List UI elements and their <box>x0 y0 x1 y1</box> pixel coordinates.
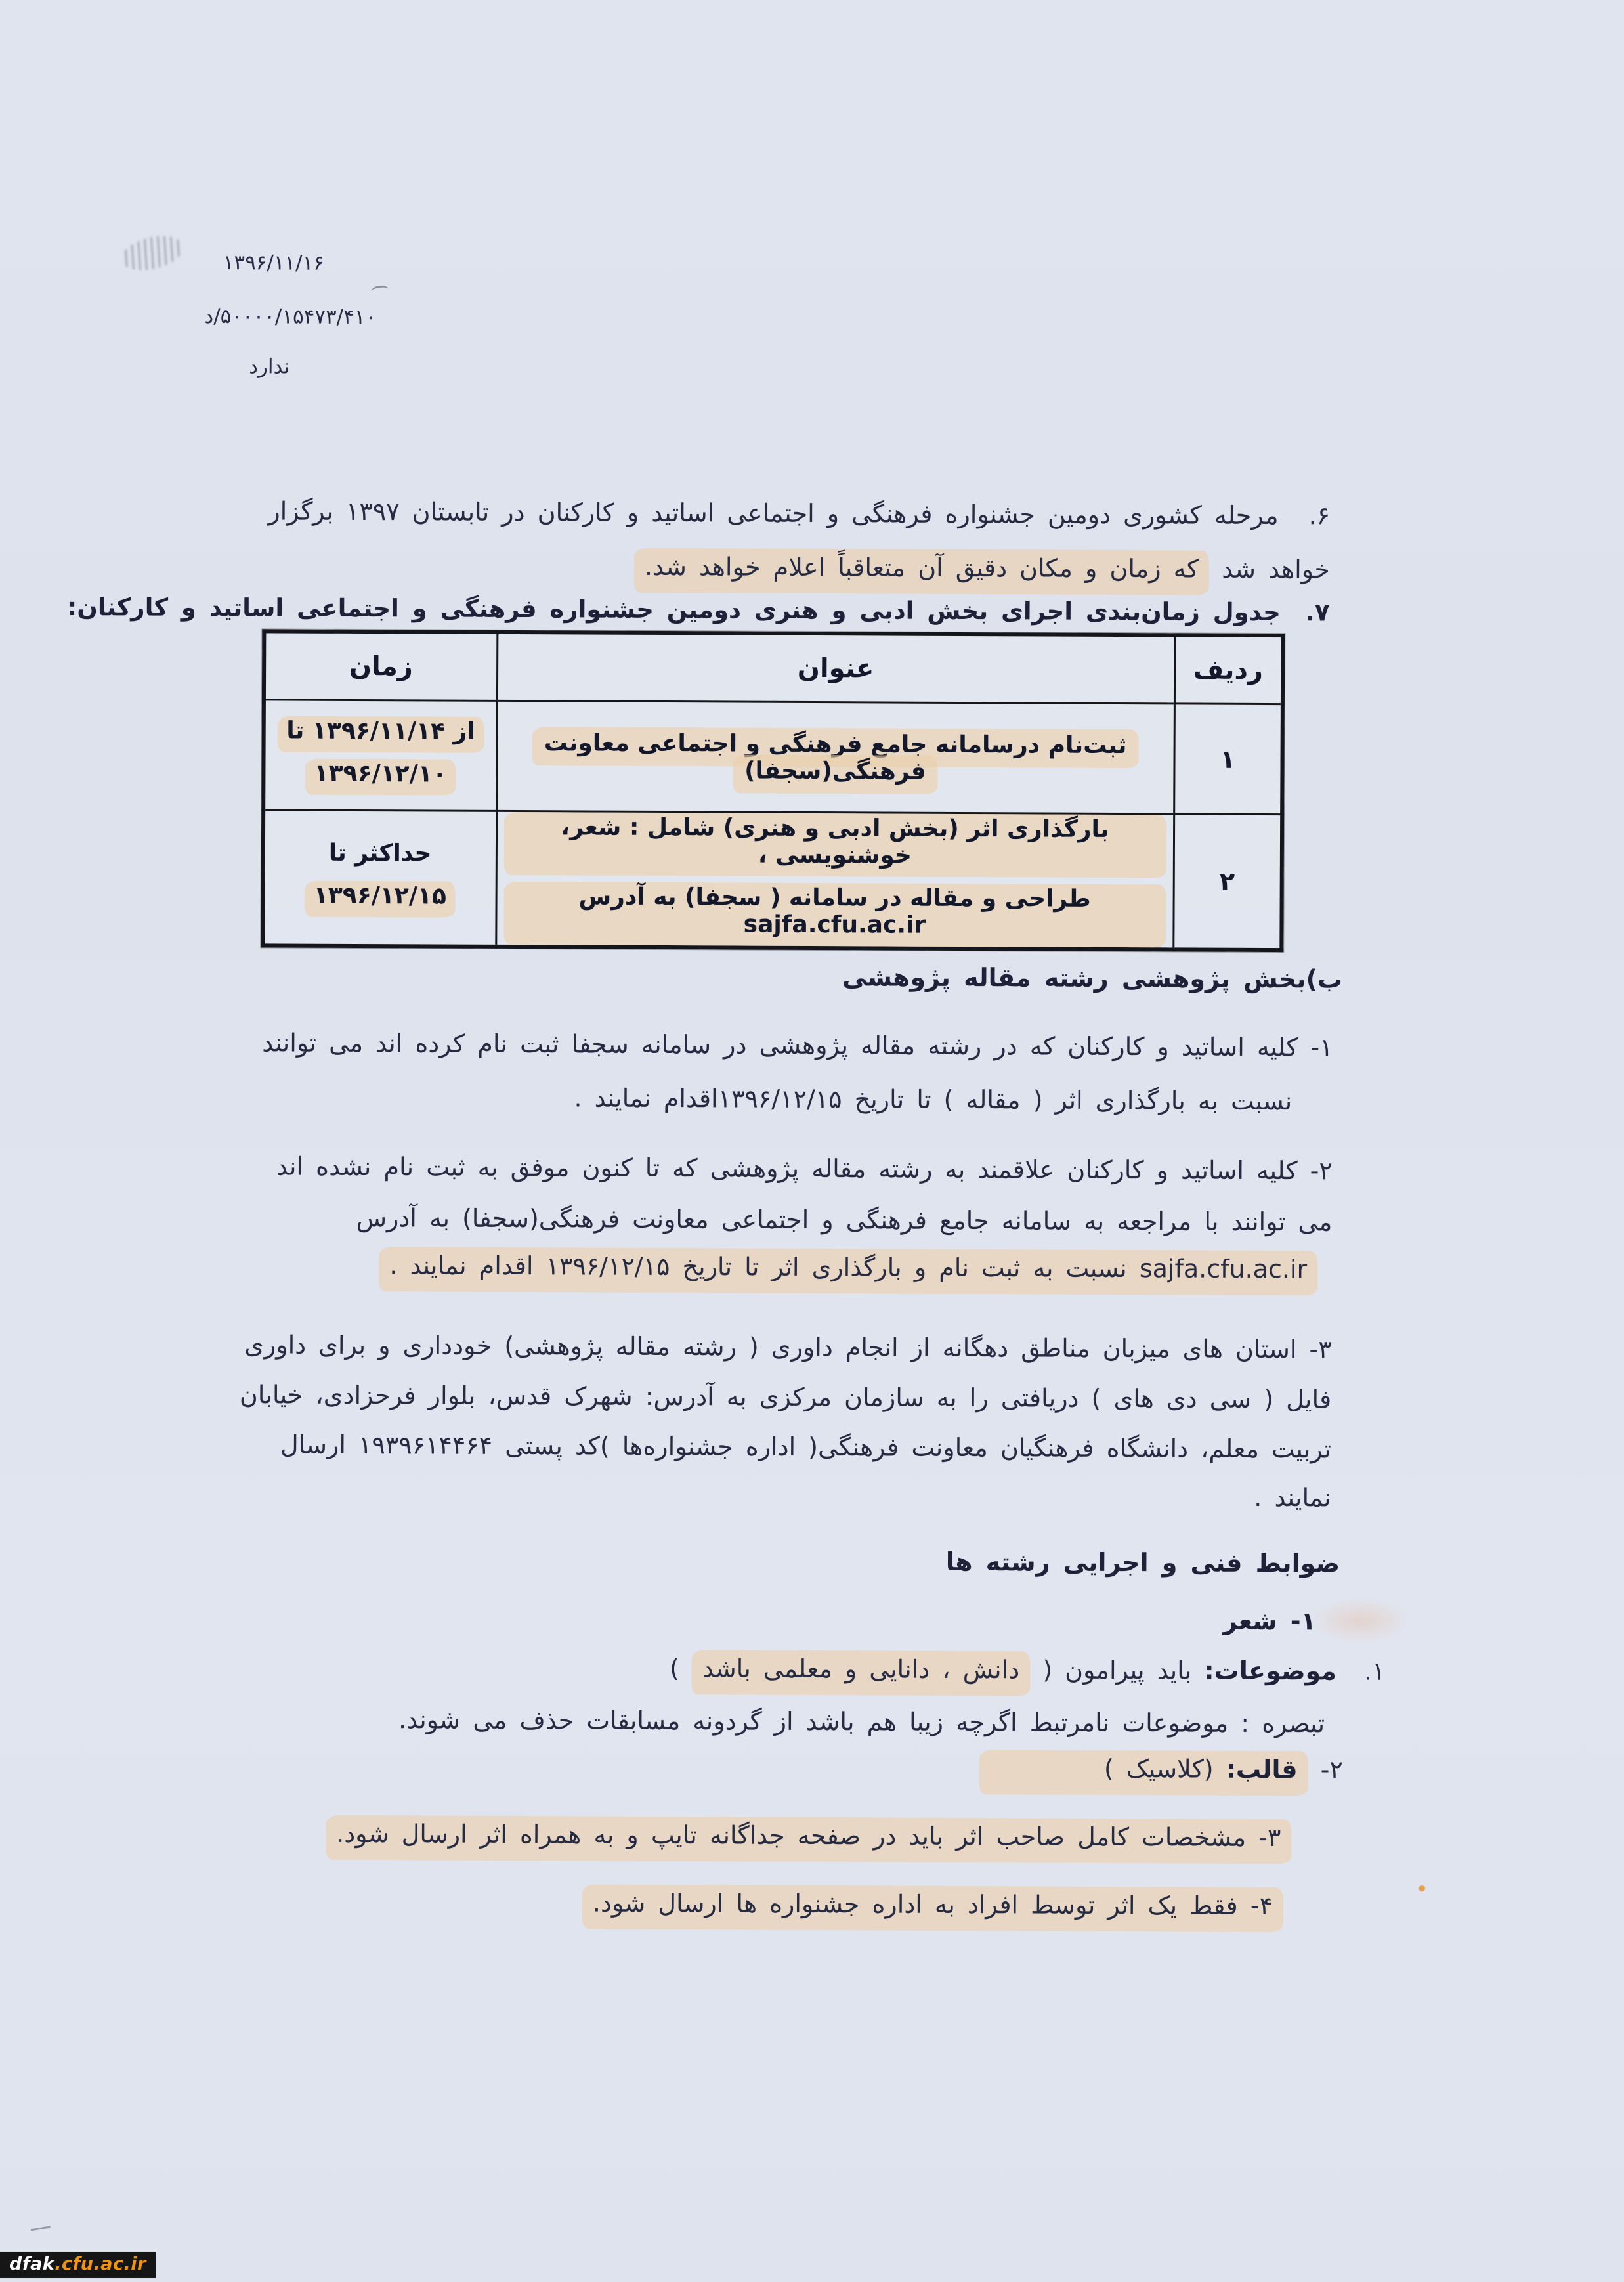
rules-sub1-heading: ۱- شعر <box>1223 1601 1316 1641</box>
para2-line3: sajfa.cfu.ac.ir نسبت به ثبت نام و بارگذا… <box>379 1245 1317 1289</box>
format-label: قالب: <box>1226 1755 1298 1784</box>
table-row: ۱ ثبت‌نام درسامانه جامع فرهنگی و اجتماعی… <box>263 700 1283 815</box>
letter-attachment: ندارد <box>249 355 289 378</box>
scanned-letter: { "page": { "paper_color": "#e0e4ee", "i… <box>0 0 1624 2282</box>
topics-pre-text: باید پیرامون ( <box>1030 1655 1204 1685</box>
small-pen-mark <box>371 284 389 295</box>
ink-speck <box>1419 1885 1425 1891</box>
item6-line2: خواهد شد که زمان و مکان دقیق آن متعاقباً… <box>634 547 1330 590</box>
schedule-table: ردیف عنوان زمان ۱ ثبت‌نام درسامانه جامع … <box>261 629 1285 952</box>
rules-heading: ضوابط فنی و اجرایی رشته ها <box>946 1542 1340 1583</box>
para2-text3-highlighted: sajfa.cfu.ac.ir نسبت به ثبت نام و بارگذا… <box>379 1247 1317 1295</box>
header-time: زمان <box>264 631 497 700</box>
rules-item3-line: ۳- مشخصات کامل صاحب اثر باید در صفحه جدا… <box>326 1814 1291 1857</box>
row2-title-line1: بارگذاری اثر (بخش ادبی و هنری) شامل : شع… <box>503 812 1166 878</box>
para1-line1: ۱- کلیه اساتید و کارکنان که در رشته مقال… <box>262 1023 1333 1067</box>
item7-text: جدول زمان‌بندی اجرای بخش ادبی و هنری دوم… <box>67 593 1281 626</box>
table-row: ۲ بارگذاری اثر (بخش ادبی و هنری) شامل : … <box>263 810 1282 950</box>
section-b-heading: ب)بخش پژوهشی رشته مقاله پژوهشی <box>842 957 1342 999</box>
row1-time-line1: از ۱۳۹۶/۱۱/۱۴ تا <box>277 716 484 752</box>
rules-item4-line: ۴- فقط یک اثر توسط افراد به اداره جشنوار… <box>582 1883 1283 1926</box>
para1-text1: ۱- کلیه اساتید و کارکنان که در رشته مقال… <box>262 1028 1333 1062</box>
pen-dash-artifact <box>31 2226 51 2231</box>
row2-time-line2: ۱۳۹۶/۱۲/۱۵ <box>305 881 456 918</box>
rules-item4-highlighted: ۴- فقط یک اثر توسط افراد به اداره جشنوار… <box>582 1884 1283 1932</box>
watermark-name: dfak <box>9 2254 54 2274</box>
item6-line1: ۶.مرحله کشوری دومین جشنواره فرهنگی و اجت… <box>268 491 1330 535</box>
topics-highlighted-text: دانش ، دانایی و معلمی باشد <box>692 1650 1031 1696</box>
para3-text2: فایل ( سی دی های ) دریافتی را به سازمان … <box>240 1380 1332 1413</box>
format-value-highlighted: (کلاسیک ) <box>1104 1754 1226 1784</box>
item7-number: ۷. <box>1306 593 1330 632</box>
letter-number-digits: /۵۰۰۰۰/۱۵۴۷۳/۴۱۰ <box>213 305 376 329</box>
row2-number: ۲ <box>1173 814 1282 950</box>
pen-smudge-artifact <box>118 230 187 276</box>
row1-time-line2: ۱۳۹۶/۱۲/۱۰ <box>305 758 456 795</box>
item6-number: ۶. <box>1309 496 1331 535</box>
watermark-domain: .cfu.ac.ir <box>54 2254 146 2274</box>
para3-line3: تربیت معلم، دانشگاه فرهنگیان معاونت فرهن… <box>280 1425 1331 1469</box>
letter-number: د/۵۰۰۰۰/۱۵۴۷۳/۴۱۰ <box>204 305 376 329</box>
para3-line2: فایل ( سی دی های ) دریافتی را به سازمان … <box>240 1375 1332 1419</box>
para3-line4: نمایند . <box>1254 1478 1331 1518</box>
rules-item3-highlighted: ۳- مشخصات کامل صاحب اثر باید در صفحه جدا… <box>326 1815 1292 1864</box>
rules-title: ضوابط فنی و اجرایی رشته ها <box>946 1547 1340 1578</box>
row2-title: بارگذاری اثر (بخش ادبی و هنری) شامل : شع… <box>496 811 1174 949</box>
note-line: تبصره : موضوعات نامرتبط اگرچه زیبا هم با… <box>398 1700 1325 1743</box>
format-line: ۲- قالب: (کلاسیک ) <box>979 1748 1343 1789</box>
row1-time: از ۱۳۹۶/۱۱/۱۴ تا ۱۳۹۶/۱۲/۱۰ <box>263 700 497 811</box>
row2-time: حداکثر تا ۱۳۹۶/۱۲/۱۵ <box>263 810 496 947</box>
item7-heading: ۷.جدول زمان‌بندی اجرای بخش ادبی و هنری د… <box>67 588 1329 632</box>
para2-line1: ۲- کلیه اساتید و کارکنان علاقمند به رشته… <box>276 1146 1333 1190</box>
letter-number-prefix: د <box>204 305 213 328</box>
para2-text1: ۲- کلیه اساتید و کارکنان علاقمند به رشته… <box>276 1152 1333 1185</box>
item6-text2-highlighted: که زمان و مکان دقیق آن متعاقباً اعلام خو… <box>634 548 1209 595</box>
para3-text1: ۳- استان های میزبان مناطق دهگانه از انجا… <box>244 1330 1332 1364</box>
site-watermark: dfak.cfu.ac.ir <box>0 2252 156 2278</box>
item6-text1: مرحله کشوری دومین جشنواره فرهنگی و اجتما… <box>268 496 1278 530</box>
topics-number: ۱. <box>1364 1652 1386 1691</box>
letter-attachment-value: ندارد <box>249 355 289 378</box>
topics-line: ۱.موضوعات: باید پیرامون ( دانش ، دانایی … <box>670 1648 1386 1691</box>
document-page: ۱۳۹۶/۱۱/۱۶ د/۵۰۰۰۰/۱۵۴۷۳/۴۱۰ ندارد ۶.مرح… <box>0 0 1624 2282</box>
highlighter-smudge <box>1311 1597 1409 1644</box>
letter-date-value: ۱۳۹۶/۱۱/۱۶ <box>223 251 324 275</box>
schedule-header-row: ردیف عنوان زمان <box>264 631 1283 704</box>
row1-title-text: ثبت‌نام درسامانه جامع فرهنگی و اجتماعی م… <box>532 727 1139 794</box>
note-text: تبصره : موضوعات نامرتبط اگرچه زیبا هم با… <box>398 1705 1325 1738</box>
format-number: ۲- <box>1308 1755 1343 1784</box>
row1-number: ۱ <box>1174 704 1283 815</box>
para3-line1: ۳- استان های میزبان مناطق دهگانه از انجا… <box>244 1325 1332 1369</box>
item6-text2-plain: خواهد شد <box>1209 555 1330 584</box>
header-row-number: ردیف <box>1174 635 1283 704</box>
section-b-title: ب)بخش پژوهشی رشته مقاله پژوهشی <box>842 962 1342 993</box>
header-title: عنوان <box>497 632 1174 704</box>
rules-sub1-text: ۱- شعر <box>1223 1606 1316 1636</box>
row2-time-line1: حداکثر تا <box>320 838 441 875</box>
para1-text2: نسبت به بارگذاری اثر ( مقاله ) تا تاریخ … <box>574 1083 1292 1115</box>
row2-title-line2: طراحی و مقاله در سامانه ( سجفا) به آدرس … <box>503 882 1166 947</box>
row1-title: ثبت‌نام درسامانه جامع فرهنگی و اجتماعی م… <box>496 700 1174 814</box>
para1-line2: نسبت به بارگذاری اثر ( مقاله ) تا تاریخ … <box>574 1078 1292 1121</box>
letter-date: ۱۳۹۶/۱۱/۱۶ <box>223 251 324 275</box>
para2-line2: می توانند با مراجعه به سامانه جامع فرهنگ… <box>356 1198 1333 1241</box>
para3-text4: نمایند . <box>1254 1483 1331 1513</box>
para3-text3: تربیت معلم، دانشگاه فرهنگیان معاونت فرهن… <box>280 1430 1331 1463</box>
para2-text2: می توانند با مراجعه به سامانه جامع فرهنگ… <box>356 1203 1333 1236</box>
topics-label: موضوعات: <box>1204 1656 1336 1686</box>
topics-post-text: ) <box>670 1654 692 1683</box>
